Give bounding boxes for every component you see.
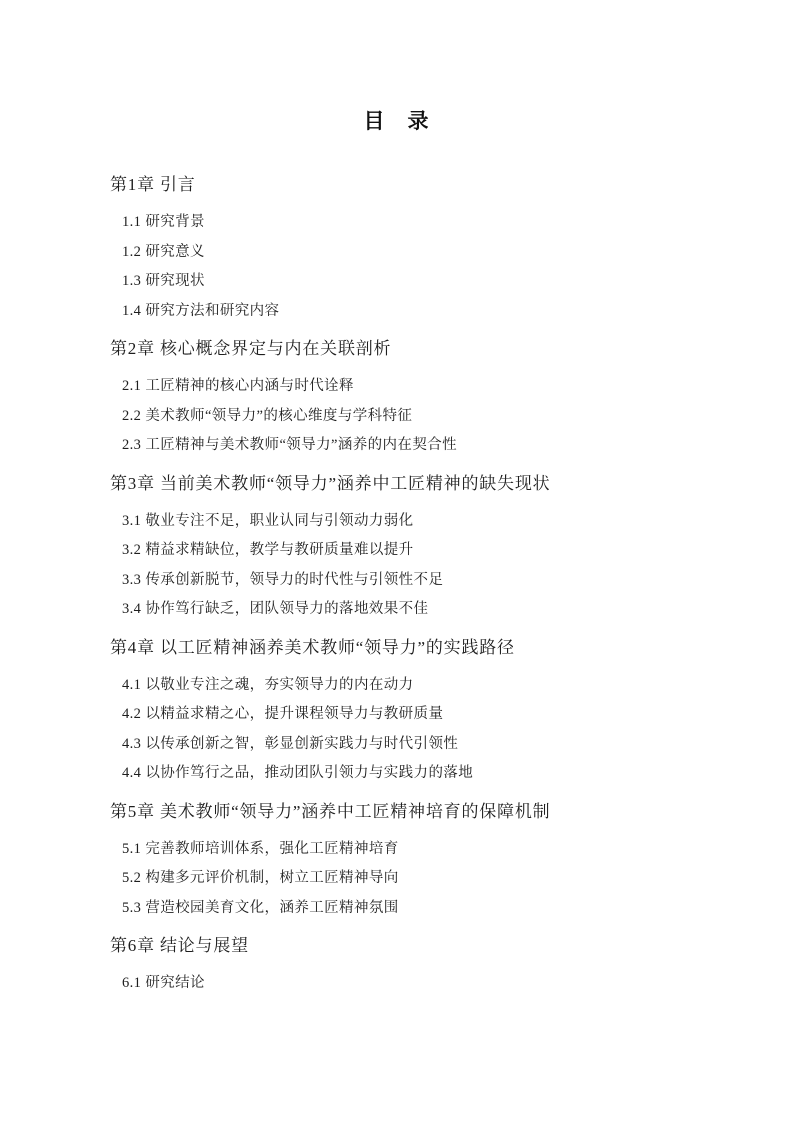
toc-section-list: 3.1 敬业专注不足，职业认同与引领动力弱化 3.2 精益求精缺位，教学与教研质… xyxy=(110,507,683,625)
toc-chapter-5: 第5章 美术教师“领导力”涵养中工匠精神培育的保障机制 5.1 完善教师培训体系… xyxy=(110,799,683,924)
toc-chapter-heading: 第1章 引言 xyxy=(110,172,683,198)
toc-entry: 2.1 工匠精神的核心内涵与时代诠释 xyxy=(110,372,683,402)
toc-entry: 1.4 研究方法和研究内容 xyxy=(110,297,683,327)
toc-entry: 1.3 研究现状 xyxy=(110,267,683,297)
toc-section-list: 6.1 研究结论 xyxy=(110,969,683,999)
toc-title: 目 录 xyxy=(110,108,683,134)
toc-chapter-1: 第1章 引言 1.1 研究背景 1.2 研究意义 1.3 研究现状 1.4 研究… xyxy=(110,172,683,326)
toc-chapter-heading: 第5章 美术教师“领导力”涵养中工匠精神培育的保障机制 xyxy=(110,799,683,825)
toc-chapter-6: 第6章 结论与展望 6.1 研究结论 xyxy=(110,933,683,999)
toc-entry: 4.2 以精益求精之心，提升课程领导力与教研质量 xyxy=(110,700,683,730)
toc-entry: 2.2 美术教师“领导力”的核心维度与学科特征 xyxy=(110,402,683,432)
toc-entry: 4.1 以敬业专注之魂，夯实领导力的内在动力 xyxy=(110,671,683,701)
toc-chapter-4: 第4章 以工匠精神涵养美术教师“领导力”的实践路径 4.1 以敬业专注之魂，夯实… xyxy=(110,635,683,789)
toc-entry: 6.1 研究结论 xyxy=(110,969,683,999)
toc-entry: 3.2 精益求精缺位，教学与教研质量难以提升 xyxy=(110,536,683,566)
toc-chapter-heading: 第2章 核心概念界定与内在关联剖析 xyxy=(110,336,683,362)
toc-section-list: 2.1 工匠精神的核心内涵与时代诠释 2.2 美术教师“领导力”的核心维度与学科… xyxy=(110,372,683,461)
toc-entry: 5.1 完善教师培训体系，强化工匠精神培育 xyxy=(110,835,683,865)
document-page: 目 录 第1章 引言 1.1 研究背景 1.2 研究意义 1.3 研究现状 1.… xyxy=(0,0,793,1122)
toc-entry: 3.4 协作笃行缺乏，团队领导力的落地效果不佳 xyxy=(110,595,683,625)
toc-entry: 3.3 传承创新脱节，领导力的时代性与引领性不足 xyxy=(110,566,683,596)
toc-entry: 2.3 工匠精神与美术教师“领导力”涵养的内在契合性 xyxy=(110,431,683,461)
toc-entry: 4.4 以协作笃行之品，推动团队引领力与实践力的落地 xyxy=(110,759,683,789)
toc-entry: 5.3 营造校园美育文化，涵养工匠精神氛围 xyxy=(110,894,683,924)
toc-chapter-2: 第2章 核心概念界定与内在关联剖析 2.1 工匠精神的核心内涵与时代诠释 2.2… xyxy=(110,336,683,461)
toc-entry: 3.1 敬业专注不足，职业认同与引领动力弱化 xyxy=(110,507,683,537)
toc-chapter-3: 第3章 当前美术教师“领导力”涵养中工匠精神的缺失现状 3.1 敬业专注不足，职… xyxy=(110,471,683,625)
toc-chapter-heading: 第3章 当前美术教师“领导力”涵养中工匠精神的缺失现状 xyxy=(110,471,683,497)
toc-section-list: 5.1 完善教师培训体系，强化工匠精神培育 5.2 构建多元评价机制，树立工匠精… xyxy=(110,835,683,924)
toc-section-list: 1.1 研究背景 1.2 研究意义 1.3 研究现状 1.4 研究方法和研究内容 xyxy=(110,208,683,326)
toc-entry: 1.1 研究背景 xyxy=(110,208,683,238)
toc-section-list: 4.1 以敬业专注之魂，夯实领导力的内在动力 4.2 以精益求精之心，提升课程领… xyxy=(110,671,683,789)
toc-entry: 4.3 以传承创新之智，彰显创新实践力与时代引领性 xyxy=(110,730,683,760)
toc-entry: 1.2 研究意义 xyxy=(110,238,683,268)
toc-entry: 5.2 构建多元评价机制，树立工匠精神导向 xyxy=(110,864,683,894)
toc-chapter-heading: 第4章 以工匠精神涵养美术教师“领导力”的实践路径 xyxy=(110,635,683,661)
toc-chapter-heading: 第6章 结论与展望 xyxy=(110,933,683,959)
